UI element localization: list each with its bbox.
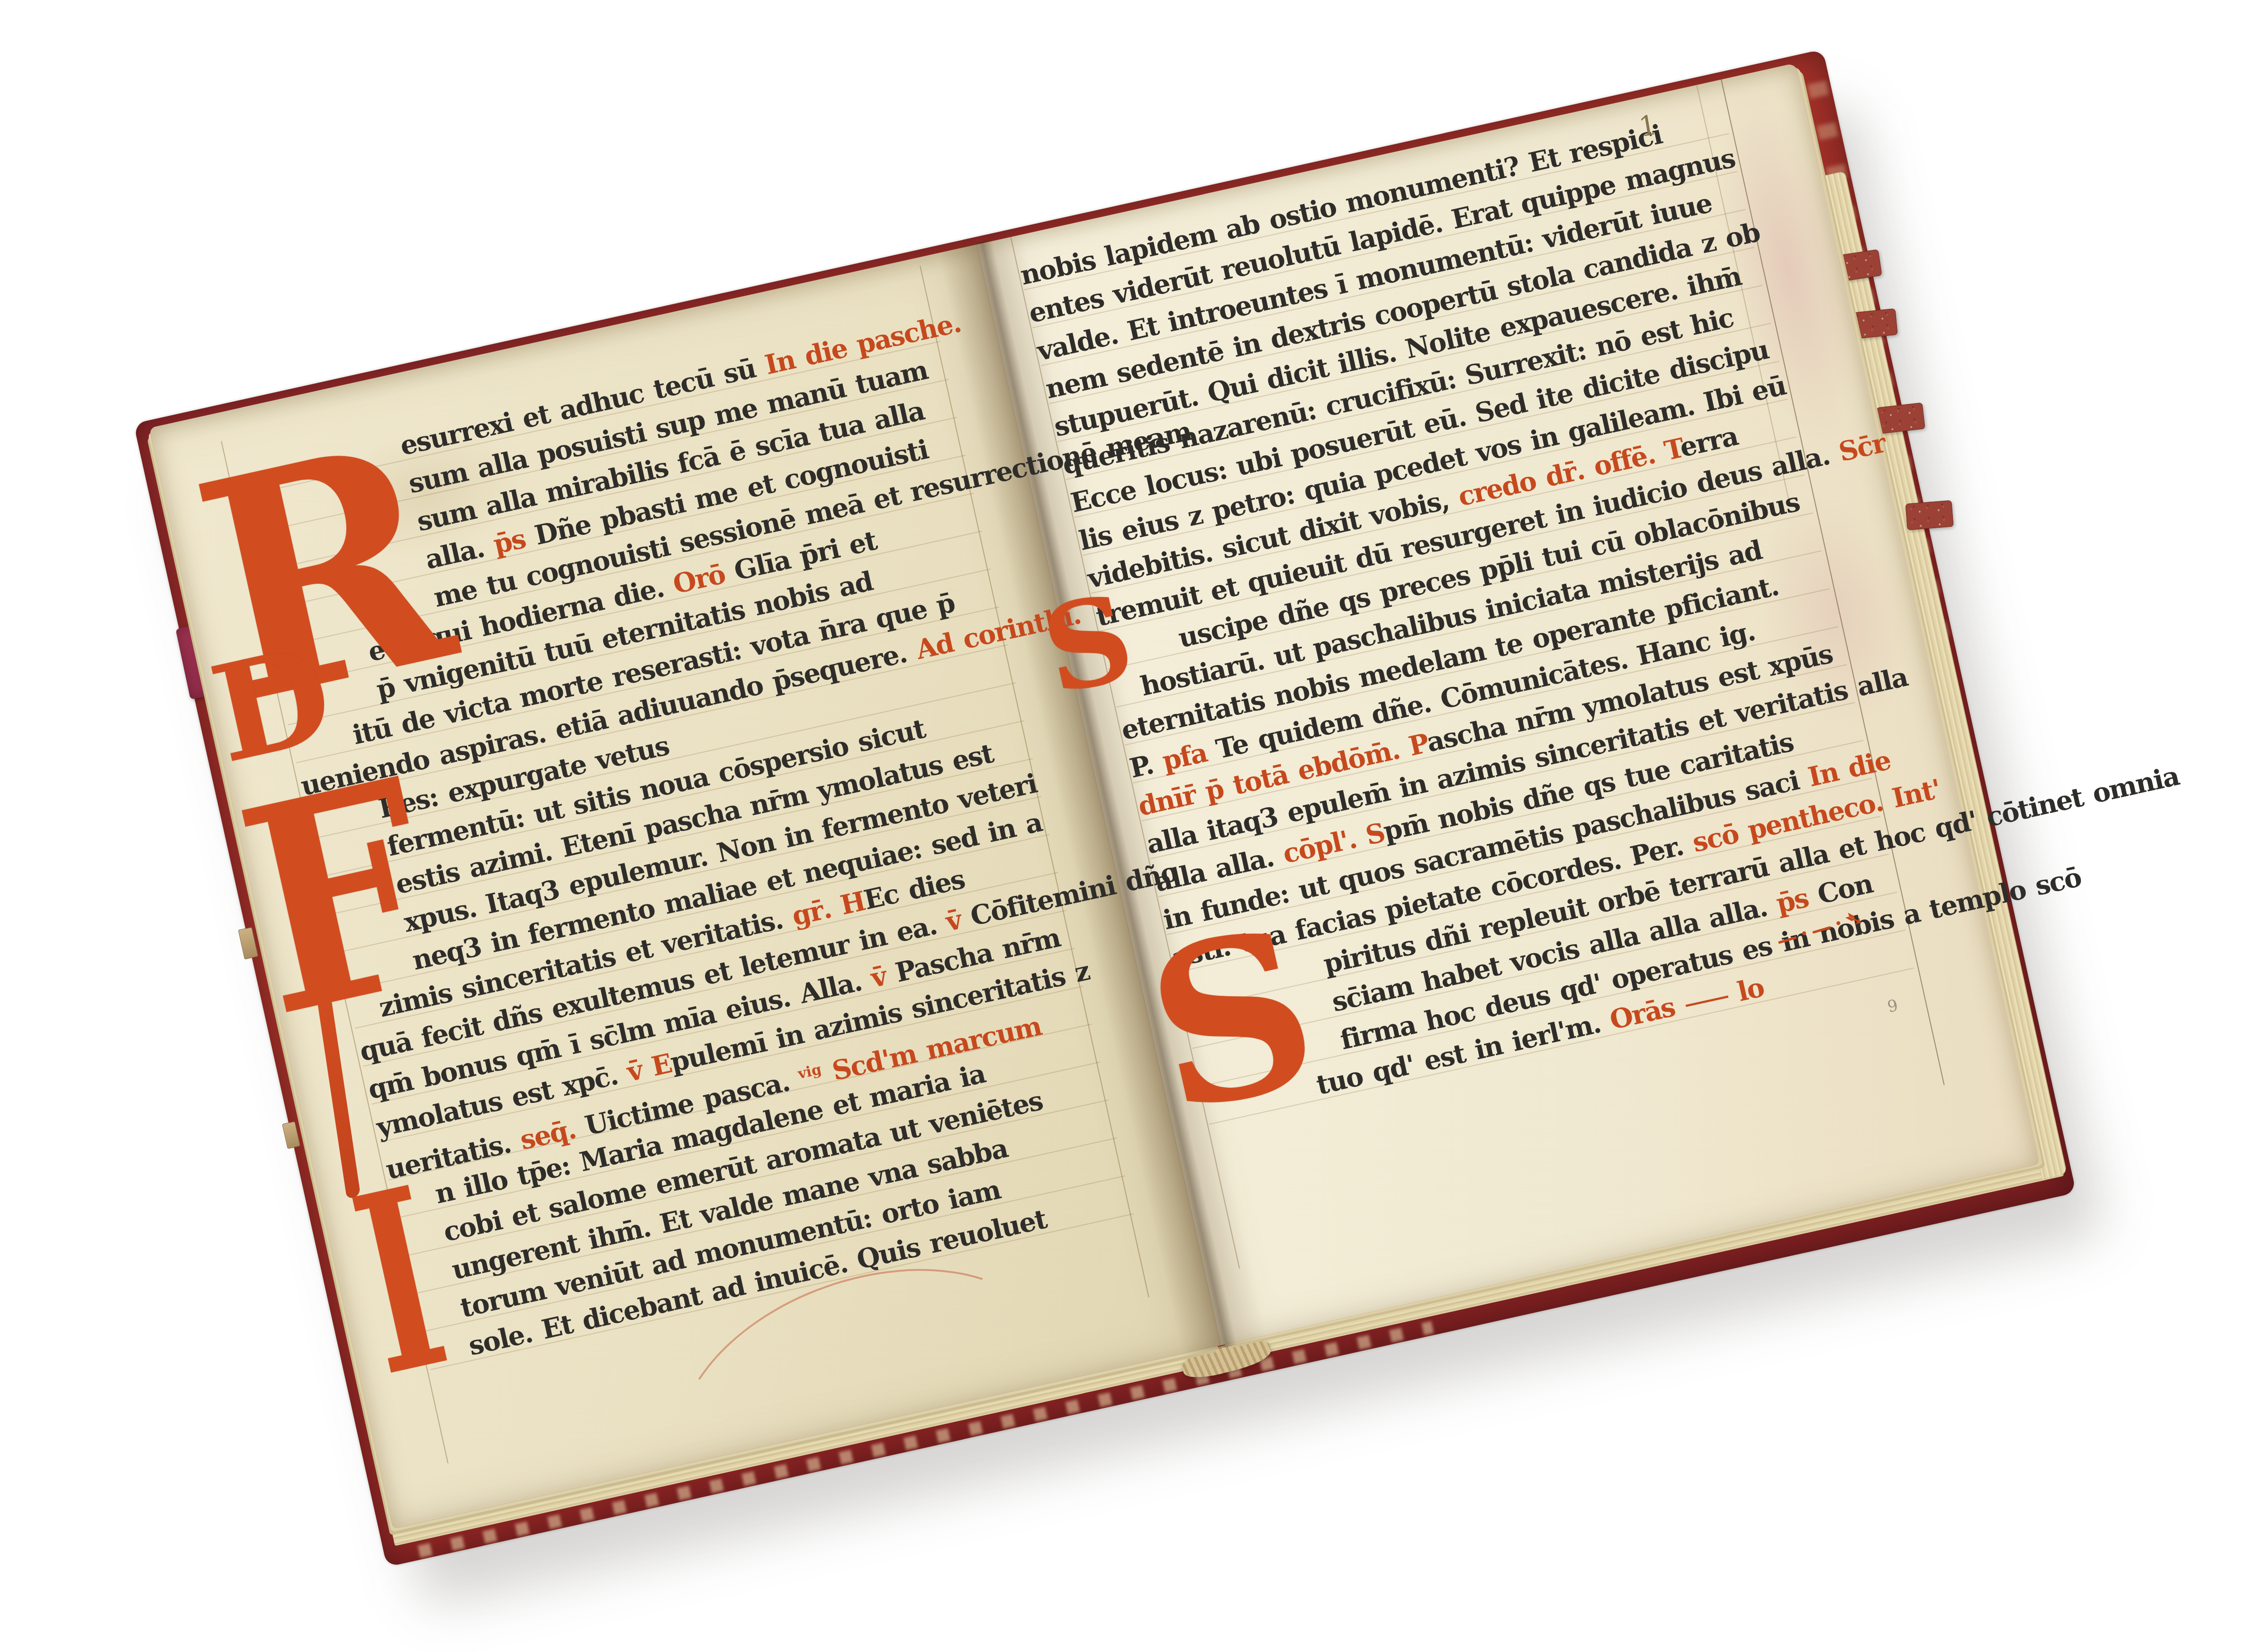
leather-index-tab	[1876, 402, 1925, 434]
rubric-segment: Orō	[670, 559, 728, 600]
leather-index-tab	[1905, 500, 1953, 531]
rubric-segment: pfa	[1160, 737, 1210, 777]
leather-index-tab	[1849, 308, 1898, 339]
rubric-segment: v̄ E	[624, 1048, 674, 1088]
manuscript-photo: esurrexi et adhuc tecū sū In die pasche.…	[0, 0, 2249, 1652]
rubric-segment: vig	[796, 1061, 823, 1083]
